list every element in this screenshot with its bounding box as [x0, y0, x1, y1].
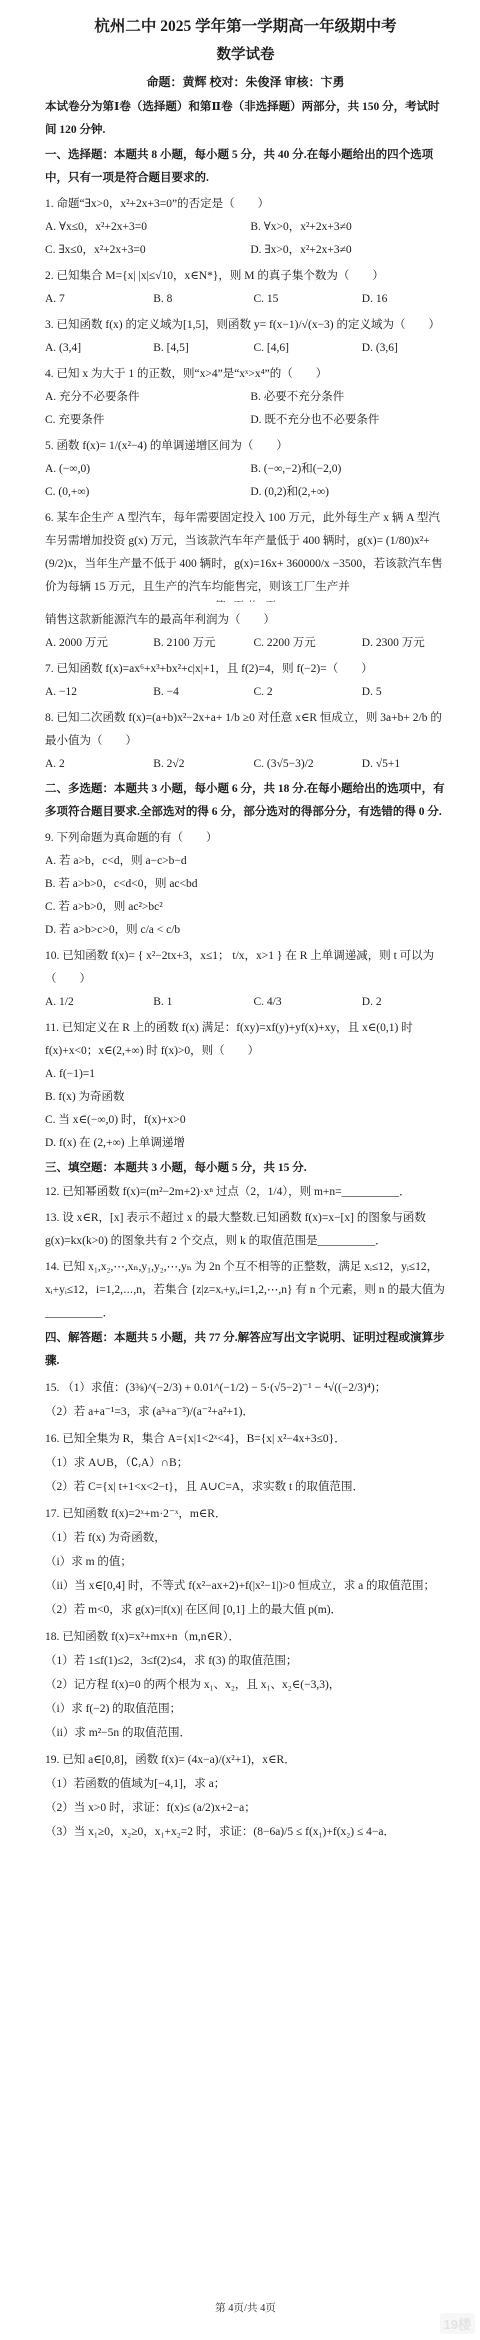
option-c: C. 2200 万元	[254, 632, 362, 655]
section-3-header: 三、填空题：本题共 3 小题，每小题 5 分，共 15 分.	[45, 1157, 446, 1174]
option-d: D. (3,6]	[362, 337, 446, 360]
question-19-stem: 19. 已知 a∈[0,8]，函数 f(x)= (4x−a)/(x²+1)，x∈…	[45, 1748, 446, 1772]
question-17-part2: （2）若 m<0，求 g(x)=|f(x)| 在区间 [0,1] 上的最大值 p…	[45, 1598, 446, 1622]
option-a: A. 2	[45, 753, 153, 776]
question-17-part1: （1）若 f(x) 为奇函数，	[45, 1526, 446, 1550]
question-18-part2: （2）记方程 f(x)=0 的两个根为 x₁、x₂，且 x₁、x₂∈(−3,3)…	[45, 1673, 446, 1697]
page-title: 杭州二中 2025 学年第一学期高一年级期中考	[45, 16, 446, 38]
option-c: C. [4,6]	[254, 337, 362, 360]
question-14: 14. 已知 x₁,x₂,⋯,xₙ,y₁,y₂,⋯,yₙ 为 2n 个互不相等的…	[45, 1256, 446, 1325]
option-a: A. 7	[45, 288, 153, 311]
exam-instructions: 本试卷分为第Ⅰ卷（选择题）和第Ⅱ卷（非选择题）两部分，共 150 分，考试时间 …	[45, 96, 446, 142]
question-9-options: A. 若 a>b，c<d，则 a−c>b−d B. 若 a>b>0，c<d<0，…	[45, 850, 446, 942]
option-c: C. 2	[254, 681, 362, 704]
question-18-part2ii: （ii）求 m²−5n 的取值范围．	[45, 1721, 446, 1745]
question-17-part1ii: （ii）当 x∈[0,4] 时，不等式 f(x²−ax+2)+f(|x²−1|)…	[45, 1574, 446, 1598]
question-13-stem: 13. 设 x∈R，[x] 表示不超过 x 的最大整数.已知函数 f(x)=x−…	[45, 1207, 446, 1253]
exam-paper: 杭州二中 2025 学年第一学期高一年级期中考 数学试卷 命题：黄辉 校对：朱俊…	[0, 0, 480, 2340]
question-3-options: A. (3,4] B. [4,5] C. [4,6] D. (3,6]	[45, 337, 446, 360]
option-d: D. 既不充分也不必要条件	[250, 409, 446, 432]
option-d: D. (0,2)和(2,+∞)	[250, 481, 446, 504]
question-16-stem: 16. 已知全集为 R，集合 A={x|1<2ˣ<4}，B={x| x²−4x+…	[45, 1427, 446, 1451]
question-1: 1. 命题“∃x>0，x²+2x+3=0”的否定是（ ） A. ∀x≤0，x²+…	[45, 193, 446, 262]
question-5-stem: 5. 函数 f(x)= 1/(x²−4) 的单调递增区间为（ ）	[45, 435, 446, 458]
option-d: D. 若 a>b>c>0，则 c/a < c/b	[45, 919, 446, 942]
option-b: B. [4,5]	[153, 337, 253, 360]
question-17-part1i: （i）求 m 的值；	[45, 1550, 446, 1574]
question-7: 7. 已知函数 f(x)=ax⁶+x³+bx²+c|x|+1，且 f(2)=4，…	[45, 658, 446, 704]
question-16-part1: （1）求 A∪B，（∁ᵣA）∩B；	[45, 1451, 446, 1475]
option-b: B. 必要不充分条件	[250, 386, 446, 409]
watermark-logo: 19楼	[440, 2313, 475, 2334]
option-d: D. 2	[362, 991, 446, 1014]
option-a: A. 2000 万元	[45, 632, 153, 655]
question-18: 18. 已知函数 f(x)=x²+mx+n（m,n∈R）． （1）若 1≤f(1…	[45, 1625, 446, 1745]
question-7-stem: 7. 已知函数 f(x)=ax⁶+x³+bx²+c|x|+1，且 f(2)=4，…	[45, 658, 446, 681]
question-19-part3: （3）当 x₁≥0，x₂≥0，x₁+x₂=2 时，求证：(8−6a)/5 ≤ f…	[45, 1820, 446, 1844]
option-b: B. 若 a>b>0，c<d<0，则 ac<bd	[45, 873, 446, 896]
option-a: A. 1/2	[45, 991, 153, 1014]
option-c: C. 4/3	[254, 991, 362, 1014]
question-15-part1: 15. （1）求值：(3⅜)^(−2/3) + 0.01^(−1/2) − 5·…	[45, 1376, 446, 1400]
option-b: B. 2√2	[153, 753, 253, 776]
question-2: 2. 已知集合 M={x| |x|≤√10，x∈N*}，则 M 的真子集个数为（…	[45, 265, 446, 311]
question-5-options: A. (−∞,0) B. (−∞,−2)和(−2,0) C. (0,+∞) D.…	[45, 458, 446, 504]
page-3: 12. 已知幂函数 f(x)=(m²−2m+2)·xⁿ 过点（2，1/4），则 …	[0, 1174, 480, 1745]
option-a: A. 若 a>b，c<d，则 a−c>b−d	[45, 850, 446, 873]
option-b: B. 1	[153, 991, 253, 1014]
page-footer-4: 第 4页/共 4页	[45, 2301, 446, 2316]
question-13: 13. 设 x∈R，[x] 表示不超过 x 的最大整数.已知函数 f(x)=x−…	[45, 1207, 446, 1253]
option-b: B. f(x) 为奇函数	[45, 1086, 446, 1109]
question-10: 10. 已知函数 f(x)= { x²−2tx+3，x≤1； t/x，x>1 }…	[45, 945, 446, 1014]
question-14-stem: 14. 已知 x₁,x₂,⋯,xₙ,y₁,y₂,⋯,yₙ 为 2n 个互不相等的…	[45, 1256, 446, 1325]
option-b: B. −4	[153, 681, 253, 704]
question-8: 8. 已知二次函数 f(x)=(a+b)x²−2x+a+ 1/b ≥0 对任意 …	[45, 707, 446, 776]
question-18-part2i: （i）求 f(−2) 的取值范围；	[45, 1697, 446, 1721]
question-7-options: A. −12 B. −4 C. 2 D. 5	[45, 681, 446, 704]
question-6: 6. 某车企生产 A 型汽车，每年需要固定投入 100 万元，此外每生产 x 辆…	[45, 507, 446, 599]
option-b: B. ∀x>0，x²+2x+3≠0	[250, 216, 446, 239]
question-5: 5. 函数 f(x)= 1/(x²−4) 的单调递增区间为（ ） A. (−∞,…	[45, 435, 446, 504]
option-a: A. (−∞,0)	[45, 458, 250, 481]
question-4: 4. 已知 x 为大于 1 的正数，则“x>4”是“xˣ>x⁴”的（ ） A. …	[45, 363, 446, 432]
question-12: 12. 已知幂函数 f(x)=(m²−2m+2)·xⁿ 过点（2，1/4），则 …	[45, 1181, 446, 1204]
question-4-options: A. 充分不必要条件 B. 必要不充分条件 C. 充要条件 D. 既不充分也不必…	[45, 386, 446, 432]
question-9-stem: 9. 下列命题为真命题的有（ ）	[45, 827, 446, 850]
option-b: B. (−∞,−2)和(−2,0)	[250, 458, 446, 481]
option-c: C. (0,+∞)	[45, 481, 250, 504]
question-6-options: A. 2000 万元 B. 2100 万元 C. 2200 万元 D. 2300…	[45, 632, 446, 655]
question-6-continued: 销售这款新能源汽车的最高年利润为（ ） A. 2000 万元 B. 2100 万…	[45, 609, 446, 655]
question-11-stem: 11. 已知定义在 R 上的函数 f(x) 满足：f(xy)=xf(y)+yf(…	[45, 1017, 446, 1063]
option-d: D. 16	[362, 288, 446, 311]
option-a: A. −12	[45, 681, 153, 704]
question-6-stem-part2: 销售这款新能源汽车的最高年利润为（ ）	[45, 609, 446, 632]
question-2-stem: 2. 已知集合 M={x| |x|≤√10，x∈N*}，则 M 的真子集个数为（…	[45, 265, 446, 288]
question-11: 11. 已知定义在 R 上的函数 f(x) 满足：f(xy)=xf(y)+yf(…	[45, 1017, 446, 1155]
question-3-stem: 3. 已知函数 f(x) 的定义域为[1,5]，则函数 y= f(x−1)/√(…	[45, 314, 446, 337]
option-c: C. 当 x∈(−∞,0) 时，f(x)+x>0	[45, 1109, 446, 1132]
question-18-part1: （1）若 1≤f(1)≤2，3≤f(2)≤4，求 f(3) 的取值范围；	[45, 1649, 446, 1673]
question-8-stem: 8. 已知二次函数 f(x)=(a+b)x²−2x+a+ 1/b ≥0 对任意 …	[45, 707, 446, 753]
option-a: A. ∀x≤0，x²+2x+3=0	[45, 216, 250, 239]
question-1-stem: 1. 命题“∃x>0，x²+2x+3=0”的否定是（ ）	[45, 193, 446, 216]
question-16-part2: （2）若 C={x| t+1<x<2−t}，且 A∪C=A，求实数 t 的取值范…	[45, 1475, 446, 1499]
page-2: 销售这款新能源汽车的最高年利润为（ ） A. 2000 万元 B. 2100 万…	[0, 602, 480, 1174]
question-4-stem: 4. 已知 x 为大于 1 的正数，则“x>4”是“xˣ>x⁴”的（ ）	[45, 363, 446, 386]
question-19-part1: （1）若函数的值域为[−4,1]，求 a；	[45, 1772, 446, 1796]
option-a: A. 充分不必要条件	[45, 386, 250, 409]
option-c: C. 充要条件	[45, 409, 250, 432]
option-d: D. 2300 万元	[362, 632, 446, 655]
option-a: A. f(−1)=1	[45, 1063, 446, 1086]
question-10-options: A. 1/2 B. 1 C. 4/3 D. 2	[45, 991, 446, 1014]
option-c: C. (3√5−3)/2	[254, 753, 362, 776]
option-a: A. (3,4]	[45, 337, 153, 360]
option-c: C. ∃x≤0，x²+2x+3=0	[45, 239, 250, 262]
section-1-header: 一、选择题：本题共 8 小题，每小题 5 分，共 40 分.在每小题给出的四个选…	[45, 144, 446, 190]
page-1: 杭州二中 2025 学年第一学期高一年级期中考 数学试卷 命题：黄辉 校对：朱俊…	[0, 0, 480, 602]
section-4-header: 四、解答题：本题共 5 小题，共 77 分.解答应写出文字说明、证明过程或演算步…	[45, 1327, 446, 1373]
question-8-options: A. 2 B. 2√2 C. (3√5−3)/2 D. √5+1	[45, 753, 446, 776]
question-17-stem: 17. 已知函数 f(x)=2ˣ+m·2⁻ˣ，m∈R．	[45, 1502, 446, 1526]
question-10-stem: 10. 已知函数 f(x)= { x²−2tx+3，x≤1； t/x，x>1 }…	[45, 945, 446, 991]
question-3: 3. 已知函数 f(x) 的定义域为[1,5]，则函数 y= f(x−1)/√(…	[45, 314, 446, 360]
option-d: D. f(x) 在 (2,+∞) 上单调递增	[45, 1132, 446, 1155]
option-d: D. ∃x>0，x²+2x+3≠0	[250, 239, 446, 262]
question-9: 9. 下列命题为真命题的有（ ） A. 若 a>b，c<d，则 a−c>b−d …	[45, 827, 446, 942]
question-19-part2: （2）当 x>0 时，求证：f(x)≤ (a/2)x+2−a；	[45, 1796, 446, 1820]
section-2-header: 二、多选题：本题共 3 小题，每小题 6 分，共 18 分.在每小题给出的选项中…	[45, 778, 446, 824]
question-1-options: A. ∀x≤0，x²+2x+3=0 B. ∀x>0，x²+2x+3≠0 C. ∃…	[45, 216, 446, 262]
option-d: D. 5	[362, 681, 446, 704]
question-15-part2: （2）若 a+a⁻¹=3，求 (a³+a⁻³)/(a⁻²+a²+1)．	[45, 1400, 446, 1424]
option-c: C. 若 a>b>0，则 ac²>bc²	[45, 896, 446, 919]
option-b: B. 8	[153, 288, 253, 311]
question-11-options: A. f(−1)=1 B. f(x) 为奇函数 C. 当 x∈(−∞,0) 时，…	[45, 1063, 446, 1155]
option-d: D. √5+1	[362, 753, 446, 776]
option-c: C. 15	[254, 288, 362, 311]
page-4: 19. 已知 a∈[0,8]，函数 f(x)= (4x−a)/(x²+1)，x∈…	[0, 1745, 480, 2340]
question-18-stem: 18. 已知函数 f(x)=x²+mx+n（m,n∈R）．	[45, 1625, 446, 1649]
question-17: 17. 已知函数 f(x)=2ˣ+m·2⁻ˣ，m∈R． （1）若 f(x) 为奇…	[45, 1502, 446, 1622]
question-6-stem-part1: 6. 某车企生产 A 型汽车，每年需要固定投入 100 万元，此外每生产 x 辆…	[45, 507, 446, 599]
question-15: 15. （1）求值：(3⅜)^(−2/3) + 0.01^(−1/2) − 5·…	[45, 1376, 446, 1424]
question-19: 19. 已知 a∈[0,8]，函数 f(x)= (4x−a)/(x²+1)，x∈…	[45, 1748, 446, 1844]
question-2-options: A. 7 B. 8 C. 15 D. 16	[45, 288, 446, 311]
subject-title: 数学试卷	[45, 46, 446, 65]
question-16: 16. 已知全集为 R，集合 A={x|1<2ˣ<4}，B={x| x²−4x+…	[45, 1427, 446, 1499]
option-b: B. 2100 万元	[153, 632, 253, 655]
question-12-stem: 12. 已知幂函数 f(x)=(m²−2m+2)·xⁿ 过点（2，1/4），则 …	[45, 1181, 446, 1204]
byline: 命题：黄辉 校对：朱俊泽 审核：卞勇	[45, 73, 446, 91]
